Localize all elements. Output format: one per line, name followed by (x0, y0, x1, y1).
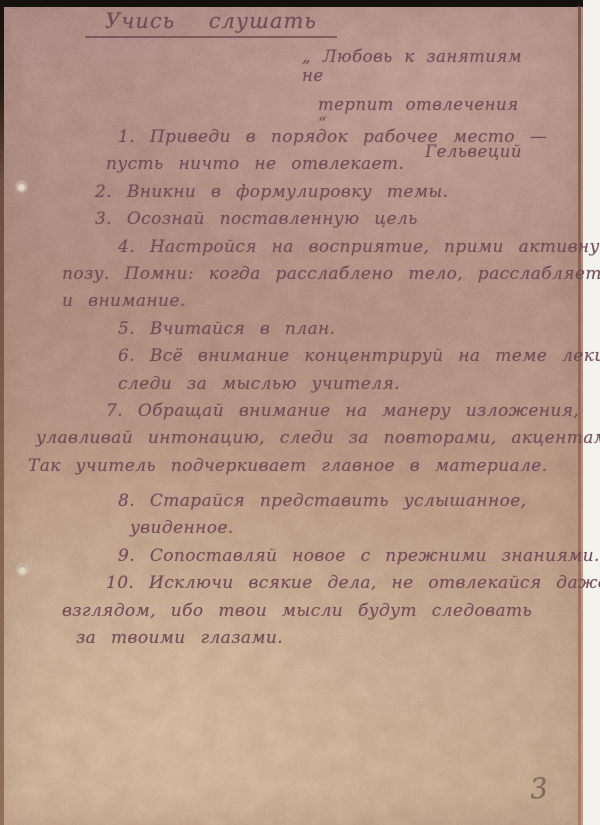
handwritten-line: позу. Помни: когда расслаблено тело, рас… (0, 264, 583, 291)
handwritten-line: 2. Вникни в формулировку темы. (0, 182, 583, 209)
scanned-page: Учись слушать „ Любовь к занятиям не тер… (0, 0, 600, 825)
handwritten-line: Так учитель подчеркивает главное в матер… (0, 456, 583, 483)
handwritten-line: 10. Исключи всякие дела, не отвлекайся д… (0, 573, 583, 600)
handwritten-line: 3. Осознай поставленную цель (0, 209, 583, 236)
handwritten-line: 5. Вчитайся в план. (0, 319, 583, 346)
epigraph-line-1: „ Любовь к занятиям не (302, 47, 526, 85)
handwritten-line: 1. Приведи в порядок рабочее место — (0, 127, 583, 154)
handwritten-line: взглядом, ибо твои мысли будут следовать (0, 601, 583, 628)
handwritten-line: и внимание. (0, 291, 583, 318)
handwritten-line: 8. Старайся представить услышанное, (0, 491, 583, 518)
body-lines: 1. Приведи в порядок рабочее место —пуст… (0, 127, 583, 655)
paper-sheet: Учись слушать „ Любовь к занятиям не тер… (0, 0, 583, 825)
handwritten-line: за твоими глазами. (0, 628, 583, 655)
scanner-edge-strip (0, 0, 583, 7)
page-number: 3 (529, 771, 550, 805)
handwritten-line: 6. Всё внимание концентрируй на теме лек… (0, 346, 583, 373)
handwritten-line: следи за мыслью учителя. (0, 374, 583, 401)
handwritten-line: 7. Обращай внимание на манеру изложения, (0, 401, 583, 428)
handwritten-line: 4. Настройся на восприятие, прими активн… (0, 237, 583, 264)
page-title: Учись слушать (85, 9, 337, 38)
handwritten-line: улавливай интонацию, следи за повторами,… (0, 428, 583, 455)
handwritten-line: увиденное. (0, 518, 583, 545)
handwritten-line: 9. Сопоставляй новое с прежними знаниями… (0, 546, 583, 573)
page-title-text: Учись слушать (105, 9, 317, 33)
handwritten-line: пусть ничто не отвлекает. (0, 154, 583, 181)
